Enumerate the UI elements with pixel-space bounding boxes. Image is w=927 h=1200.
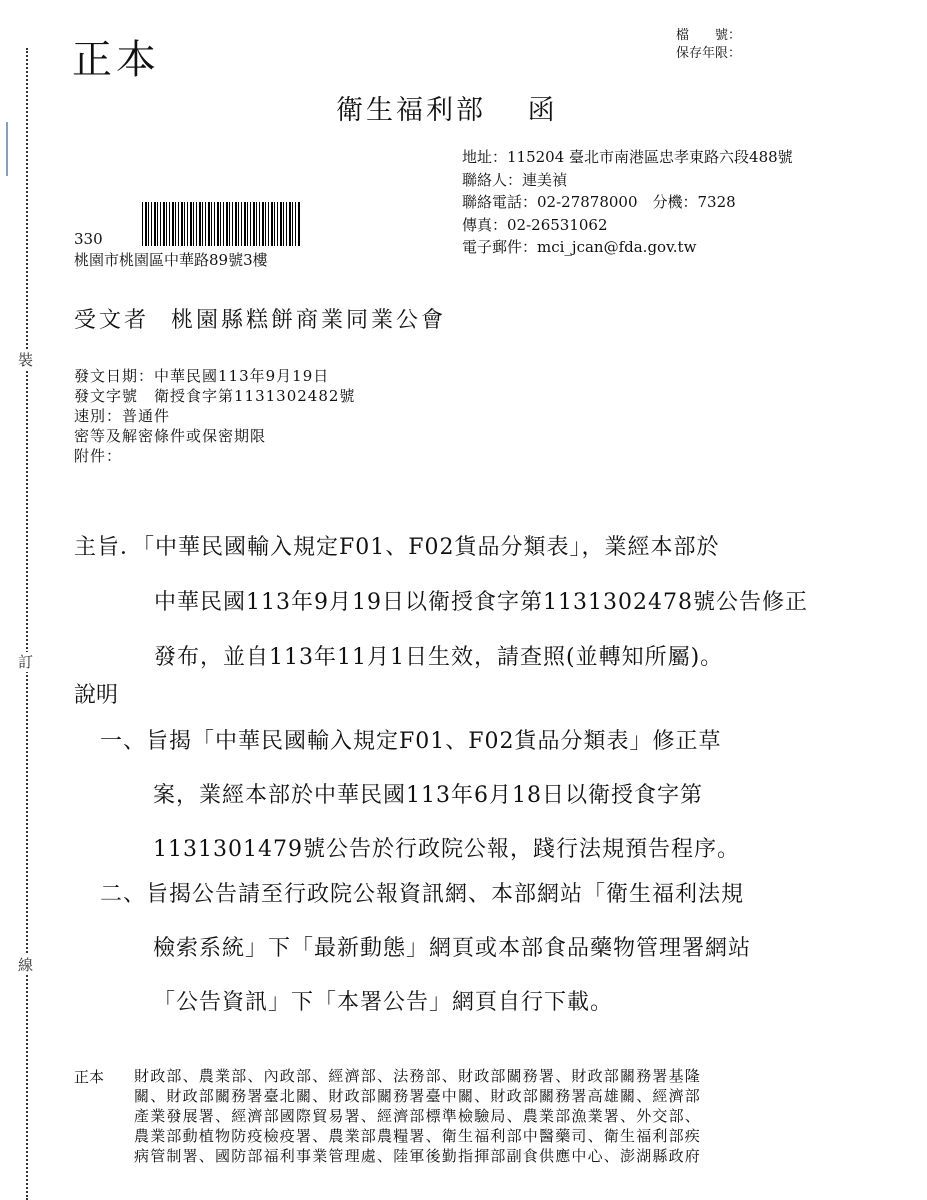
- distribution-list: 財政部、農業部、內政部、經濟部、法務部、財政部關務署、財政部關務署基隆 關、財政…: [134, 1066, 701, 1166]
- scan-artifact: [6, 122, 8, 176]
- contact-phone: 聯絡電話：02-27878000 分機：7328: [462, 191, 793, 214]
- binding-line: [26, 48, 28, 1200]
- contact-person: 聯絡人：連美禎: [462, 169, 793, 192]
- issue-date: 發文日期：中華民國113年9月19日: [74, 366, 355, 386]
- file-meta: 檔 號： 保存年限：: [676, 27, 741, 63]
- distribution-label: 正本: [74, 1066, 104, 1087]
- barcode: [142, 202, 300, 246]
- file-number-label: 檔 號：: [676, 27, 741, 45]
- subject-line: 發布，並自113年11月1日生效，請查照(並轉知所屬)。: [74, 630, 808, 685]
- distribution-line: 財政部、農業部、內政部、經濟部、法務部、財政部關務署、財政部關務署基隆: [134, 1066, 701, 1086]
- explanation-item-2: 二、旨揭公告請至行政院公報資訊網、本部網站「衛生福利法規 檢索系統」下「最新動態…: [100, 868, 751, 1030]
- retention-period-label: 保存年限：: [676, 45, 741, 63]
- subject-line: 主旨．「中華民國輸入規定F01、F02貨品分類表」，業經本部於: [74, 520, 808, 575]
- distribution-line: 關、財政部關務署臺北關、財政部關務署臺中關、財政部關務署高雄關、經濟部: [134, 1086, 701, 1106]
- sender-address: 地址：115204 臺北市南港區忠孝東路六段488號: [462, 146, 793, 169]
- contact-email: 電子郵件：mci_jcan@fda.gov.tw: [462, 236, 793, 259]
- original-copy-stamp: 正本: [72, 28, 160, 85]
- binding-mark-xian: 線: [18, 955, 33, 975]
- classification: 密等及解密條件或保密期限: [74, 426, 355, 446]
- receiver-line: 受文者桃園縣糕餅商業同業公會: [74, 303, 446, 334]
- distribution-line: 農業部動植物防疫檢疫署、農業部農糧署、衛生福利部中醫藥司、衛生福利部疾: [134, 1126, 701, 1146]
- document-title: 衛生福利部 函: [336, 88, 558, 127]
- explanation-item-1: 一、旨揭「中華民國輸入規定F01、F02貨品分類表」修正草 案，業經本部於中華民…: [100, 715, 740, 877]
- explanation-line: 「公告資訊」下「本署公告」網頁自行下載。: [100, 976, 751, 1030]
- recipient-zip: 330: [74, 230, 103, 248]
- receiver-name: 桃園縣糕餅商業同業公會: [171, 308, 446, 333]
- sender-contact-block: 地址：115204 臺北市南港區忠孝東路六段488號 聯絡人：連美禎 聯絡電話：…: [462, 146, 793, 259]
- explanation-line: 一、旨揭「中華民國輸入規定F01、F02貨品分類表」修正草: [100, 715, 740, 769]
- subject-section: 主旨．「中華民國輸入規定F01、F02貨品分類表」，業經本部於 中華民國113年…: [74, 520, 808, 685]
- priority: 速別：普通件: [74, 406, 355, 426]
- document-meta: 發文日期：中華民國113年9月19日 發文字號 衛授食字第1131302482號…: [74, 366, 355, 466]
- issue-number: 發文字號 衛授食字第1131302482號: [74, 386, 355, 406]
- binding-mark-zhuang: 裝: [18, 350, 33, 370]
- receiver-label: 受文者: [74, 308, 149, 333]
- contact-fax: 傳真：02-26531062: [462, 214, 793, 237]
- attachments: 附件：: [74, 446, 355, 466]
- subject-line: 中華民國113年9月19日以衛授食字第1131302478號公告修正: [74, 575, 808, 630]
- distribution-line: 病管制署、國防部福利事業管理處、陸軍後勤指揮部副食供應中心、澎湖縣政府: [134, 1146, 701, 1166]
- binding-mark-ding: 訂: [18, 652, 33, 672]
- recipient-address: 桃園市桃園區中華路89號3樓: [74, 249, 268, 270]
- explanation-line: 二、旨揭公告請至行政院公報資訊網、本部網站「衛生福利法規: [100, 868, 751, 922]
- explanation-line: 檢索系統」下「最新動態」網頁或本部食品藥物管理署網站: [100, 922, 751, 976]
- explanation-line: 案，業經本部於中華民國113年6月18日以衛授食字第: [100, 769, 740, 823]
- explanation-heading: 說明: [74, 678, 118, 709]
- distribution-line: 產業發展署、經濟部國際貿易署、經濟部標準檢驗局、農業部漁業署、外交部、: [134, 1106, 701, 1126]
